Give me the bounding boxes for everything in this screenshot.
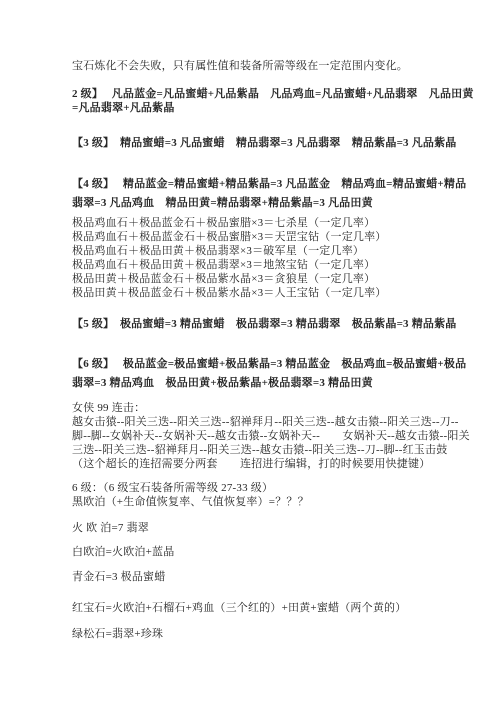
text-line: 翡翠=3 凡品鸡血 精品田黄=精品翡翠+精品紫晶=3 凡品田黄	[72, 194, 436, 213]
paragraph-level2-recipes: 2 级】 凡品蓝金=凡品蜜蜡+凡品紫晶 凡品鸡血=凡品蜜蜡+凡品翡翠 凡品田黄 …	[72, 87, 436, 115]
text-line: 翡翠=3 精品鸡血 极品田黄+极品紫晶+极品翡翠=3 精品田黄	[72, 374, 436, 393]
paragraph-white-opal-recipe: 白欧泊=火欧泊+蓝晶	[72, 545, 436, 559]
paragraph-level5-recipes: 【5 级】 极品蜜蜡=3 精品蜜蜡 极品翡翠=3 精品翡翠 极品紫晶=3 精品紫…	[72, 317, 436, 331]
text-line: 红宝石=火欧泊+石榴石+鸡血（三个红的）+田黄+蜜蜡（两个黄的）	[72, 601, 436, 615]
text-line: 宝石炼化不会失败，只有属性值和装备所需等级在一定范围内变化。	[72, 59, 436, 73]
text-line: =凡品翡翠+凡品紫晶	[72, 101, 436, 115]
paragraph-lapis-recipe: 青金石=3 极品蜜蜡	[72, 570, 436, 584]
text-line: 三迭--阳关三迭--貂禅拜月--阳关三迭--越女击猿--阳关三迭--刀--脚--…	[72, 443, 436, 457]
text-line: 脚--脚--女娲补天--女娲补天--越女击猿--女娲补天-- 女娲补天--越女击…	[72, 429, 436, 443]
text-line: 极品鸡血石＋极品蓝金石＋极品蜜腊×3＝天罡宝钻（一定几率）	[72, 230, 436, 244]
text-line: （这个超长的连招需要分两套 连招进行编辑，打的时候要用快捷键）	[72, 457, 436, 471]
text-line: 火 欧 泊=7 翡翠	[72, 521, 436, 535]
paragraph-level6-gear-note: 6 级：（6 级宝石装备所需等级 27-33 级） 黑欧泊（+生命值恢复率、气值…	[72, 481, 436, 509]
text-line: 6 级：（6 级宝石装备所需等级 27-33 级）	[72, 481, 436, 495]
paragraph-level3-recipes: 【3 级】 精品蜜蜡=3 凡品蜜蜡 精品翡翠=3 凡品翡翠 精品紫晶=3 凡品紫…	[72, 136, 436, 150]
text-line: 青金石=3 极品蜜蜡	[72, 570, 436, 584]
paragraph-level4-recipes: 【4 级】 精品蓝金=精品蜜蜡+精品紫晶=3 凡品蓝金 精品鸡血=精品蜜蜡+精品…	[72, 175, 436, 213]
paragraph-ruby-recipe: 红宝石=火欧泊+石榴石+鸡血（三个红的）+田黄+蜜蜡（两个黄的）	[72, 601, 436, 615]
text-line: 白欧泊=火欧泊+蓝晶	[72, 545, 436, 559]
text-line: 越女击猿--阳关三迭--阳关三迭--貂禅拜月--阳关三迭--越女击猿--阳关三迭…	[72, 415, 436, 429]
text-line: 黑欧泊（+生命值恢复率、气值恢复率）=？？？	[72, 495, 436, 509]
paragraph-fire-opal-recipe: 火 欧 泊=7 翡翠	[72, 521, 436, 535]
text-line: 极品鸡血石＋极品田黄＋极品翡翠×3＝破军星（一定几率）	[72, 244, 436, 258]
paragraph-heroine-combo: 女侠 99 连击： 越女击猿--阳关三迭--阳关三迭--貂禅拜月--阳关三迭--…	[72, 401, 436, 471]
text-line: 【6 级】 极品蓝金=极品蜜蜡+极品紫晶=3 精品蓝金 极品鸡血=极品蜜蜡+极品	[72, 355, 436, 374]
text-line: 2 级】 凡品蓝金=凡品蜜蜡+凡品紫晶 凡品鸡血=凡品蜜蜡+凡品翡翠 凡品田黄	[72, 87, 436, 101]
paragraph-intro: 宝石炼化不会失败，只有属性值和装备所需等级在一定范围内变化。	[72, 59, 436, 73]
paragraph-top-gem-recipes: 极品鸡血石＋极品蓝金石＋极品蜜腊×3＝七杀星（一定几率） 极品鸡血石＋极品蓝金石…	[72, 216, 436, 300]
text-line: 女侠 99 连击：	[72, 401, 436, 415]
text-line: 【5 级】 极品蜜蜡=3 精品蜜蜡 极品翡翠=3 精品翡翠 极品紫晶=3 精品紫…	[72, 317, 436, 331]
text-line: 绿松石=翡翠+珍珠	[72, 627, 436, 641]
text-line: 【4 级】 精品蓝金=精品蜜蜡+精品紫晶=3 凡品蓝金 精品鸡血=精品蜜蜡+精品	[72, 175, 436, 194]
text-line: 极品鸡血石＋极品田黄＋极品翡翠×3＝地煞宝钻（一定几率）	[72, 258, 436, 272]
document-page: 宝石炼化不会失败，只有属性值和装备所需等级在一定范围内变化。 2 级】 凡品蓝金…	[0, 0, 500, 707]
text-line: 极品田黄＋极品蓝金石＋极品紫水晶×3＝人王宝钻（一定几率）	[72, 286, 436, 300]
text-line: 极品鸡血石＋极品蓝金石＋极品蜜腊×3＝七杀星（一定几率）	[72, 216, 436, 230]
paragraph-turquoise-recipe: 绿松石=翡翠+珍珠	[72, 627, 436, 641]
text-line: 极品田黄＋极品蓝金石＋极品紫水晶×3＝贪狼星（一定几率）	[72, 272, 436, 286]
paragraph-level6-recipes: 【6 级】 极品蓝金=极品蜜蜡+极品紫晶=3 精品蓝金 极品鸡血=极品蜜蜡+极品…	[72, 355, 436, 393]
text-line: 【3 级】 精品蜜蜡=3 凡品蜜蜡 精品翡翠=3 凡品翡翠 精品紫晶=3 凡品紫…	[72, 136, 436, 150]
